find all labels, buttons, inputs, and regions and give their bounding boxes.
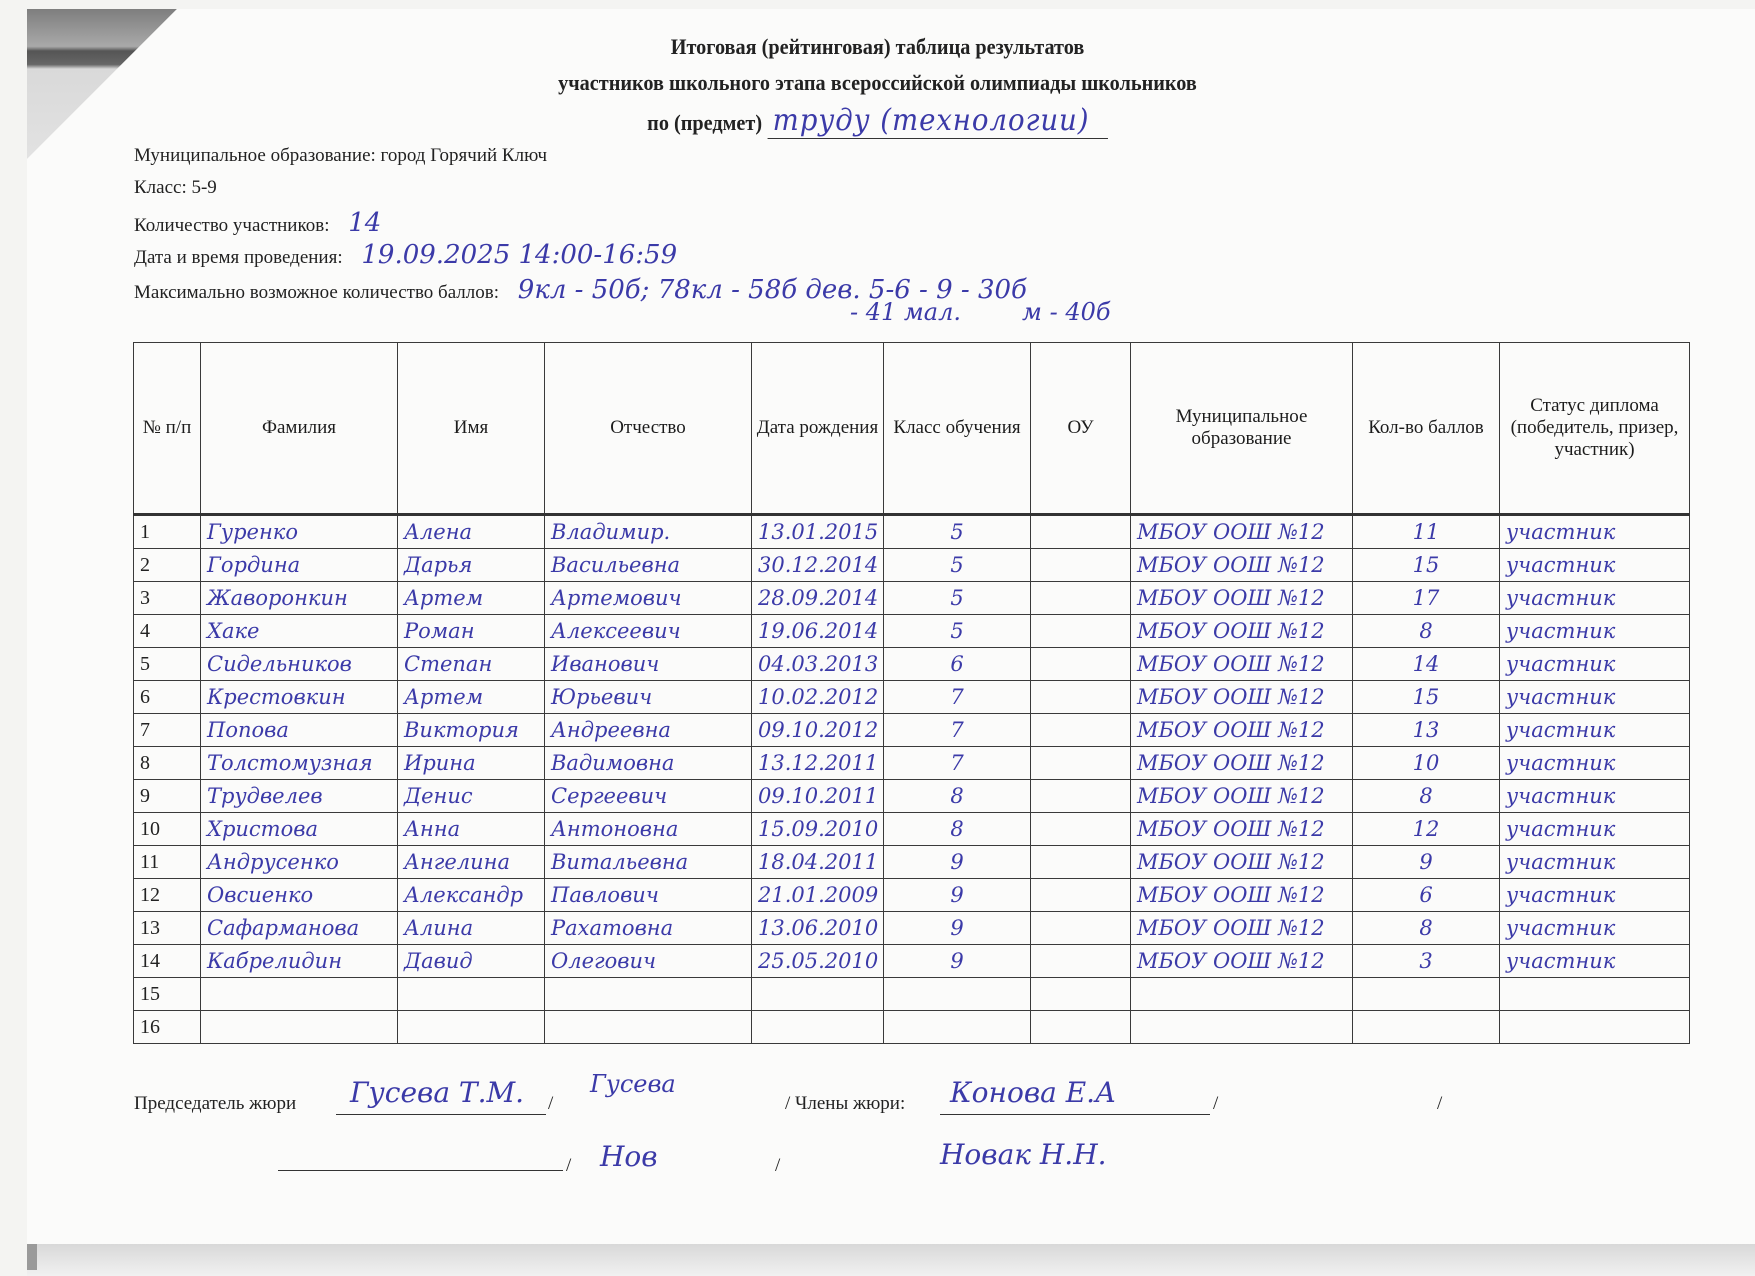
participants-line: Количество участников: 14 (134, 208, 381, 238)
table-row: 1ГуренкоАленаВладимир.13.01.20155МБОУ ОО… (134, 515, 1690, 549)
dob-cell (752, 978, 884, 1011)
status-cell: участник (1500, 549, 1690, 582)
header-dob: Дата рождения (752, 343, 884, 515)
dob-cell: 19.06.2014 (752, 615, 884, 648)
slash: / (548, 1093, 553, 1115)
subject-handwritten: труду (технологии) (767, 103, 1108, 139)
datetime-line: Дата и время проведения: 19.09.2025 14:0… (134, 240, 677, 270)
patronymic-cell: Васильевна (545, 549, 752, 582)
chair-signature: Гусева (590, 1070, 676, 1098)
surname-cell: Толстомузная (201, 747, 398, 780)
datetime-value: 19.09.2025 14:00-16:59 (361, 240, 677, 270)
municipal-cell: МБОУ ООШ №12 (1131, 879, 1353, 912)
score-cell: 9 (1353, 846, 1500, 879)
grade-cell (884, 978, 1031, 1011)
header-surname: Фамилия (201, 343, 398, 515)
document-title-line3: по (предмет) труду (технологии) (70, 103, 1685, 138)
ou-cell (1031, 549, 1131, 582)
grade-cell: 7 (884, 747, 1031, 780)
ou-cell (1031, 879, 1131, 912)
grade-cell: 9 (884, 945, 1031, 978)
ou-cell (1031, 648, 1131, 681)
score-cell (1353, 1011, 1500, 1044)
surname-cell (201, 1011, 398, 1044)
municipal-cell: МБОУ ООШ №12 (1131, 714, 1353, 747)
patronymic-cell: Артемович (545, 582, 752, 615)
table-row: 9ТрудвелевДенисСергеевич09.10.20118МБОУ … (134, 780, 1690, 813)
status-cell: участник (1500, 714, 1690, 747)
table-row: 3ЖаворонкинАртемАртемович28.09.20145МБОУ… (134, 582, 1690, 615)
patronymic-cell: Иванович (545, 648, 752, 681)
surname-cell: Овсиенко (201, 879, 398, 912)
name-cell (398, 978, 545, 1011)
name-cell: Ангелина (398, 846, 545, 879)
table-row: 10ХристоваАннаАнтоновна15.09.20108МБОУ О… (134, 813, 1690, 846)
row-number: 11 (134, 846, 201, 879)
surname-cell: Сафарманова (201, 912, 398, 945)
dob-cell: 15.09.2010 (752, 813, 884, 846)
patronymic-cell: Андреевна (545, 714, 752, 747)
municipality-line: Муниципальное образование: город Горячий… (134, 145, 547, 167)
header-patronymic: Отчество (545, 343, 752, 515)
status-cell: участник (1500, 648, 1690, 681)
row-number: 16 (134, 1011, 201, 1044)
patronymic-cell: Владимир. (545, 515, 752, 549)
patronymic-cell: Юрьевич (545, 681, 752, 714)
chair-label: Председатель жюри (134, 1093, 296, 1115)
ou-cell (1031, 681, 1131, 714)
row-number: 14 (134, 945, 201, 978)
header-ou: ОУ (1031, 343, 1131, 515)
datetime-label: Дата и время проведения: (134, 247, 343, 268)
dob-cell (752, 1011, 884, 1044)
ou-cell (1031, 780, 1131, 813)
patronymic-cell: Олегович (545, 945, 752, 978)
header-name: Имя (398, 343, 545, 515)
status-cell: участник (1500, 846, 1690, 879)
score-cell: 17 (1353, 582, 1500, 615)
ou-cell (1031, 945, 1131, 978)
score-cell: 8 (1353, 615, 1500, 648)
municipal-cell: МБОУ ООШ №12 (1131, 681, 1353, 714)
status-cell: участник (1500, 912, 1690, 945)
status-cell: участник (1500, 615, 1690, 648)
surname-cell: Крестовкин (201, 681, 398, 714)
status-cell (1500, 978, 1690, 1011)
header-grade: Класс обучения (884, 343, 1031, 515)
results-table: № п/п Фамилия Имя Отчество Дата рождения… (133, 342, 1690, 1044)
header-status: Статус диплома (победитель, призер, учас… (1500, 343, 1690, 515)
name-cell: Анна (398, 813, 545, 846)
name-cell (398, 1011, 545, 1044)
grade-cell: 8 (884, 780, 1031, 813)
municipal-cell: МБОУ ООШ №12 (1131, 747, 1353, 780)
patronymic-cell: Витальевна (545, 846, 752, 879)
dob-cell: 21.01.2009 (752, 879, 884, 912)
ou-cell (1031, 615, 1131, 648)
score-cell: 12 (1353, 813, 1500, 846)
name-cell: Роман (398, 615, 545, 648)
document-title-line1: Итоговая (рейтинговая) таблица результат… (70, 34, 1685, 60)
grade-cell (884, 1011, 1031, 1044)
grade-cell: 9 (884, 879, 1031, 912)
status-cell: участник (1500, 582, 1690, 615)
patronymic-cell: Алексеевич (545, 615, 752, 648)
members-label: / Члены жюри: (785, 1093, 905, 1115)
patronymic-cell: Вадимовна (545, 747, 752, 780)
slash: / (566, 1155, 571, 1177)
table-row: 7ПоповаВикторияАндреевна09.10.20127МБОУ … (134, 714, 1690, 747)
dob-cell: 13.06.2010 (752, 912, 884, 945)
municipal-cell: МБОУ ООШ №12 (1131, 582, 1353, 615)
status-cell: участник (1500, 515, 1690, 549)
surname-cell: Гордина (201, 549, 398, 582)
table-row: 12ОвсиенкоАлександрПавлович21.01.20099МБ… (134, 879, 1690, 912)
municipal-cell: МБОУ ООШ №12 (1131, 846, 1353, 879)
patronymic-cell: Антоновна (545, 813, 752, 846)
participants-label: Количество участников: (134, 215, 330, 236)
table-row: 2ГординаДарьяВасильевна30.12.20145МБОУ О… (134, 549, 1690, 582)
slash: / (775, 1155, 780, 1177)
score-cell (1353, 978, 1500, 1011)
surname-cell: Сидельников (201, 648, 398, 681)
dob-cell: 13.12.2011 (752, 747, 884, 780)
grade-cell: 5 (884, 549, 1031, 582)
name-cell: Артем (398, 582, 545, 615)
dob-cell: 18.04.2011 (752, 846, 884, 879)
name-cell: Виктория (398, 714, 545, 747)
row-number: 4 (134, 615, 201, 648)
grade-cell: 9 (884, 912, 1031, 945)
status-cell: участник (1500, 747, 1690, 780)
name-cell: Ирина (398, 747, 545, 780)
dob-cell: 09.10.2012 (752, 714, 884, 747)
table-row: 15 (134, 978, 1690, 1011)
header-score: Кол-во баллов (1353, 343, 1500, 515)
ou-cell (1031, 912, 1131, 945)
member-signature-line-2 (278, 1150, 563, 1171)
max-score-label: Максимально возможное количество баллов: (134, 282, 499, 303)
dob-cell: 30.12.2014 (752, 549, 884, 582)
grade-cell: 5 (884, 582, 1031, 615)
ou-cell (1031, 813, 1131, 846)
table-row: 6КрестовкинАртемЮрьевич10.02.20127МБОУ О… (134, 681, 1690, 714)
surname-cell: Хаке (201, 615, 398, 648)
dob-cell: 28.09.2014 (752, 582, 884, 615)
header-number: № п/п (134, 343, 201, 515)
municipal-cell: МБОУ ООШ №12 (1131, 780, 1353, 813)
grade-cell: 5 (884, 615, 1031, 648)
patronymic-cell (545, 978, 752, 1011)
patronymic-cell: Сергеевич (545, 780, 752, 813)
municipal-cell: МБОУ ООШ №12 (1131, 515, 1353, 549)
name-cell: Степан (398, 648, 545, 681)
table-row: 8ТолстомузнаяИринаВадимовна13.12.20117МБ… (134, 747, 1690, 780)
surname-cell: Андрусенко (201, 846, 398, 879)
max-score-value-line2: - 41 мал. м - 40б (850, 298, 1111, 326)
row-number: 1 (134, 515, 201, 549)
score-cell: 8 (1353, 912, 1500, 945)
ou-cell (1031, 978, 1131, 1011)
name-cell: Дарья (398, 549, 545, 582)
dob-cell: 04.03.2013 (752, 648, 884, 681)
member2-signature: Нов (600, 1140, 658, 1173)
score-cell: 8 (1353, 780, 1500, 813)
row-number: 13 (134, 912, 201, 945)
row-number: 2 (134, 549, 201, 582)
name-cell: Денис (398, 780, 545, 813)
surname-cell: Христова (201, 813, 398, 846)
municipal-cell: МБОУ ООШ №12 (1131, 813, 1353, 846)
score-cell: 10 (1353, 747, 1500, 780)
surname-cell: Трудвелев (201, 780, 398, 813)
document-title-line2: участников школьного этапа всероссийской… (70, 70, 1685, 96)
surname-cell: Попова (201, 714, 398, 747)
table-row: 14КабрелидинДавидОлегович25.05.20109МБОУ… (134, 945, 1690, 978)
ou-cell (1031, 582, 1131, 615)
municipal-cell (1131, 1011, 1353, 1044)
table-row: 4ХакеРоманАлексеевич19.06.20145МБОУ ООШ … (134, 615, 1690, 648)
ou-cell (1031, 846, 1131, 879)
slash: / (1213, 1093, 1218, 1115)
grade-cell: 7 (884, 714, 1031, 747)
grade-cell: 5 (884, 515, 1031, 549)
status-cell: участник (1500, 879, 1690, 912)
row-number: 6 (134, 681, 201, 714)
row-number: 10 (134, 813, 201, 846)
score-cell: 15 (1353, 549, 1500, 582)
participants-value: 14 (348, 208, 381, 238)
grade-cell: 7 (884, 681, 1031, 714)
row-number: 9 (134, 780, 201, 813)
municipal-cell: МБОУ ООШ №12 (1131, 648, 1353, 681)
status-cell: участник (1500, 813, 1690, 846)
row-number: 8 (134, 747, 201, 780)
patronymic-cell (545, 1011, 752, 1044)
municipal-cell: МБОУ ООШ №12 (1131, 549, 1353, 582)
score-cell: 11 (1353, 515, 1500, 549)
member2-name-handwritten: Новак Н.Н. (940, 1138, 1107, 1171)
dob-cell: 10.02.2012 (752, 681, 884, 714)
name-cell: Алина (398, 912, 545, 945)
ou-cell (1031, 515, 1131, 549)
score-cell: 14 (1353, 648, 1500, 681)
ou-cell (1031, 714, 1131, 747)
status-cell: участник (1500, 945, 1690, 978)
municipal-cell: МБОУ ООШ №12 (1131, 615, 1353, 648)
row-number: 3 (134, 582, 201, 615)
score-cell: 6 (1353, 879, 1500, 912)
patronymic-cell: Павлович (545, 879, 752, 912)
grade-cell: 6 (884, 648, 1031, 681)
table-header-row: № п/п Фамилия Имя Отчество Дата рождения… (134, 343, 1690, 515)
name-cell: Давид (398, 945, 545, 978)
table-row: 13СафармановаАлинаРахатовна13.06.20109МБ… (134, 912, 1690, 945)
ou-cell (1031, 747, 1131, 780)
row-number: 12 (134, 879, 201, 912)
row-number: 15 (134, 978, 201, 1011)
ou-cell (1031, 1011, 1131, 1044)
municipal-cell: МБОУ ООШ №12 (1131, 945, 1353, 978)
score-cell: 15 (1353, 681, 1500, 714)
table-row: 11АндрусенкоАнгелинаВитальевна18.04.2011… (134, 846, 1690, 879)
surname-cell: Кабрелидин (201, 945, 398, 978)
name-cell: Александр (398, 879, 545, 912)
class-line: Класс: 5-9 (134, 177, 217, 199)
score-cell: 3 (1353, 945, 1500, 978)
status-cell: участник (1500, 681, 1690, 714)
member1-name-handwritten: Конова Е.А (950, 1076, 1116, 1109)
chair-name-handwritten: Гусева Т.М. (350, 1076, 524, 1109)
dob-cell: 13.01.2015 (752, 515, 884, 549)
row-number: 7 (134, 714, 201, 747)
scan-bottom-edge (27, 1244, 1755, 1276)
name-cell: Алена (398, 515, 545, 549)
status-cell: участник (1500, 780, 1690, 813)
grade-cell: 9 (884, 846, 1031, 879)
surname-cell: Гуренко (201, 515, 398, 549)
score-cell: 13 (1353, 714, 1500, 747)
subject-prefix: по (предмет) (647, 110, 762, 135)
surname-cell: Жаворонкин (201, 582, 398, 615)
dob-cell: 09.10.2011 (752, 780, 884, 813)
table-row: 16 (134, 1011, 1690, 1044)
surname-cell (201, 978, 398, 1011)
patronymic-cell: Рахатовна (545, 912, 752, 945)
municipal-cell: МБОУ ООШ №12 (1131, 912, 1353, 945)
row-number: 5 (134, 648, 201, 681)
status-cell (1500, 1011, 1690, 1044)
table-row: 5СидельниковСтепанИванович04.03.20136МБО… (134, 648, 1690, 681)
name-cell: Артем (398, 681, 545, 714)
header-municipal: Муниципальное образование (1131, 343, 1353, 515)
dob-cell: 25.05.2010 (752, 945, 884, 978)
grade-cell: 8 (884, 813, 1031, 846)
slash: / (1437, 1093, 1442, 1115)
municipal-cell (1131, 978, 1353, 1011)
